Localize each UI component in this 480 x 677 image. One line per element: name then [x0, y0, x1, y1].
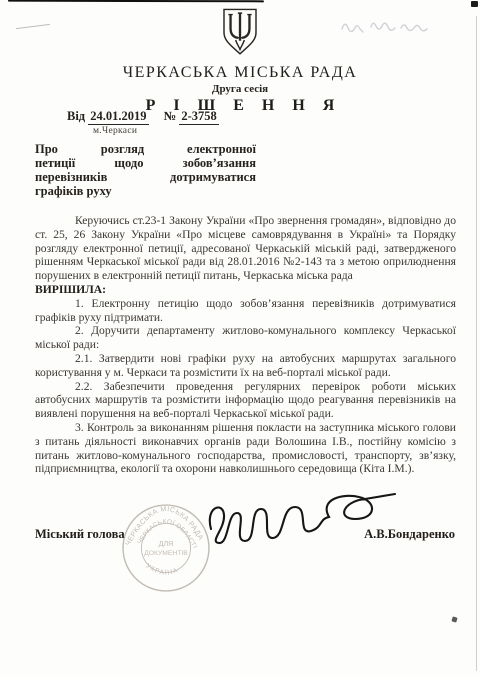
title-line: петиції щодо зобов’язання — [35, 156, 256, 170]
resolved-label: ВИРІШИЛА: — [35, 283, 456, 297]
document-header: ЧЕРКАСЬКА МІСЬКА РАДА Друга сесія Р І Ш … — [0, 8, 480, 115]
document-title: Про розгляд електронної петиції щодо зоб… — [35, 142, 256, 198]
session-line: Друга сесія — [0, 83, 480, 95]
signer-position: Міський голова — [35, 527, 125, 542]
ukraine-trident-emblem — [218, 8, 262, 56]
signature-row: Міський голова А.В.Бондаренко — [35, 527, 455, 542]
stamp-center-line2: ДОКУМЕНТІВ — [144, 550, 188, 557]
number-value: 2-3758 — [179, 109, 218, 125]
title-line: Про розгляд електронної — [35, 142, 256, 156]
preamble-paragraph: Керуючись ст.23-1 Закону України «Про зв… — [35, 214, 456, 283]
scan-artifact-top-edge — [8, 0, 264, 2]
scan-artifact-corner — [471, 1, 478, 7]
number-label: № — [164, 109, 177, 123]
document-body: Керуючись ст.23-1 Закону України «Про зв… — [35, 214, 456, 476]
item-1: 1. Електронну петицію щодо зобов’язання … — [35, 297, 456, 325]
date-value: 24.01.2019 — [88, 109, 148, 125]
item-2-1: 2.1. Затвердити нові графіки руху на авт… — [35, 352, 456, 380]
city-line: м.Черкаси — [93, 126, 219, 136]
from-label: Від — [67, 109, 85, 123]
item-2: 2. Доручити департаменту житлово-комунал… — [35, 324, 456, 352]
stamp-ring-bottom-text: УКРАЇНА — [144, 562, 179, 576]
title-line: графіків руху — [35, 184, 256, 198]
item-3: 3. Контроль за виконанням рішення поклас… — [35, 421, 456, 476]
signer-name: А.В.Бондаренко — [364, 527, 455, 542]
meta-line: Від 24.01.2019 № 2-3758 м.Черкаси — [67, 109, 219, 136]
title-line: перевізників дотримуватися — [35, 170, 256, 184]
item-2-2: 2.2. Забезпечити проведення регулярних п… — [35, 380, 456, 421]
scanned-decision-document: ЧЕРКАСЬКА МІСЬКА РАДА Друга сесія Р І Ш … — [0, 0, 480, 677]
svg-text:УКРАЇНА: УКРАЇНА — [144, 562, 179, 576]
org-name: ЧЕРКАСЬКА МІСЬКА РАДА — [0, 64, 480, 82]
scan-speck-bottom — [451, 616, 457, 622]
